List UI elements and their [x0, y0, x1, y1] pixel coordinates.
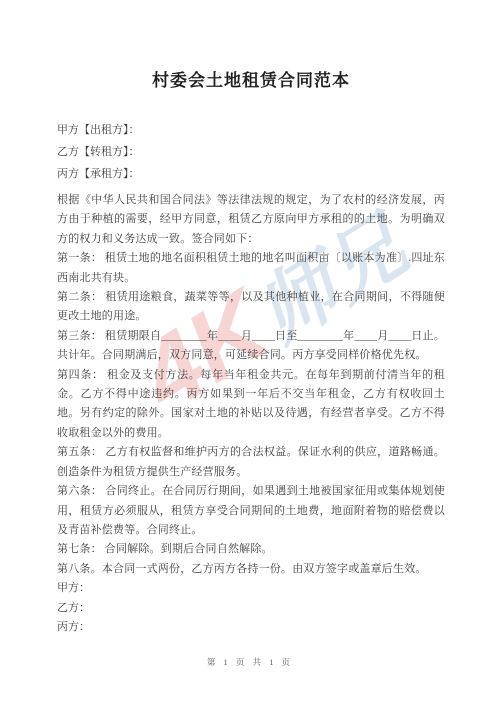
clause-7: 第七条： 合同解除。到期后合同自然解除。	[57, 540, 445, 559]
clause-1: 第一条： 租赁土地的地名面积租赁土地的地名叫面积亩〔以账本为准〕.四址东西南北共…	[57, 249, 445, 288]
clause-4: 第四条： 租金及支付方法。每年当年租金共元。在每年到期前付清当年的租金。乙方不得…	[57, 366, 445, 444]
clause-2: 第二条： 租赁用途粮食，蔬菜等等，以及其他种植业，在合同期间，不得随便更改土地的…	[57, 288, 445, 327]
clause-5: 第五条： 乙方有权监督和维护丙方的合法权益。保证水利的供应，道路畅通。创造条件为…	[57, 443, 445, 482]
document-content: 村委会土地租赁合同范本 甲方【出租方】： 乙方【转租方】： 丙方【承租方】： 根…	[0, 0, 500, 637]
party-line-bingfang: 丙方【承租方】：	[57, 163, 445, 185]
signature-line-yifang: 乙方：	[57, 599, 445, 618]
parties-block: 甲方【出租方】： 乙方【转租方】： 丙方【承租方】：	[57, 119, 445, 185]
contract-body: 根据《中华人民共和国合同法》等法律法规的规定，为了农村的经济发展，丙方由于种植的…	[57, 191, 445, 579]
signature-line-bingfang: 丙方：	[57, 618, 445, 637]
clause-8: 第八条。本合同一式两份，乙方丙方各持一份。由双方签字或盖章后生效。	[57, 560, 445, 579]
page-title: 村委会土地租赁合同范本	[57, 0, 445, 91]
signature-line-jiafang: 甲方：	[57, 579, 445, 598]
contract-document-page: 4K师兄 村委会土地租赁合同范本 甲方【出租方】： 乙方【转租方】： 丙方【承租…	[0, 0, 500, 706]
intro-paragraph: 根据《中华人民共和国合同法》等法律法规的规定，为了农村的经济发展，丙方由于种植的…	[57, 191, 445, 249]
signature-block: 甲方： 乙方： 丙方：	[57, 579, 445, 637]
page-number-footer: 第 1 页 共 1 页	[0, 656, 500, 668]
clause-6: 第六条： 合同终止。在合同厉行期间，如果遇到土地被国家征用或集体规划使用，租赁方…	[57, 482, 445, 540]
party-line-jiafang: 甲方【出租方】：	[57, 119, 445, 141]
party-line-yifang: 乙方【转租方】：	[57, 141, 445, 163]
clause-3: 第三条： 租赁期限自________年____月____日至________年_…	[57, 327, 445, 366]
